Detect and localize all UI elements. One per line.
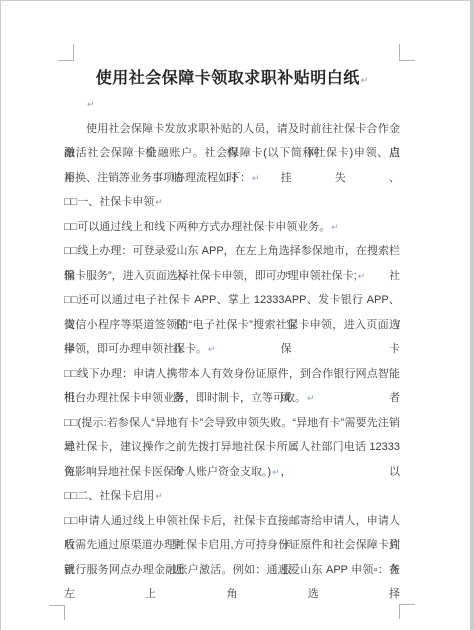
- paragraph-line: □□线下办理：申请人携带本人有效身份证原件，到合作银行网点智能机器或者: [64, 362, 400, 387]
- document-page: 使用社会保障卡领取求职补贴明白纸↵ ↵使用社会保障卡发放求职补贴的人员，请及时前…: [1, 1, 470, 630]
- page-title: 使用社会保障卡领取求职补贴明白纸↵: [64, 67, 400, 92]
- paragraph-mark: ↵: [252, 173, 260, 183]
- paragraph-line-text: 银行服务网点办理金融账户激活。例如：通过爱山东 APP 申领▫：在左上角选择: [64, 564, 400, 601]
- paragraph-line-text: 补换、注销等业务事项办理流程如下：: [64, 172, 251, 184]
- paragraph-line-text: □□可以通过线上和线下两种方式办理社保卡申领业务。: [64, 221, 330, 233]
- paragraph-line: 保卡服务”，进入页面选择社保卡申领，即可办理申领社保卡;↵: [64, 264, 400, 289]
- paragraph-mark: ↵: [208, 344, 216, 354]
- paragraph-line: □□(提示:若参保人“异地有卡”会导致申领失败。“异地有卡”需要先注销异: [64, 411, 400, 436]
- paragraph-line: 银行服务网点办理金融账户激活。例如：通过爱山东 APP 申领▫：在左上角选择: [64, 558, 400, 583]
- margin-crop-mark-bottom-right: [399, 604, 415, 619]
- paragraph-mark: ↵: [155, 197, 163, 207]
- margin-crop-mark-top-right: [399, 44, 415, 61]
- paragraph-line-text: 免影响异地社保卡医保个人账户资金支取。): [64, 466, 271, 478]
- paragraph-line: □□一、社保卡申领↵: [64, 190, 400, 215]
- paragraph-mark: ↵: [358, 271, 366, 281]
- paragraph-list: ↵使用社会保障卡发放求职补贴的人员，请及时前往社保卡合作金融机构网点激活社会保障…: [64, 92, 400, 582]
- margin-crop-mark-bottom-left: [49, 605, 65, 620]
- paragraph-mark: ↵: [272, 467, 280, 477]
- paragraph-line-text: □□二、社保卡启用: [64, 490, 154, 502]
- paragraph-line: ↵: [64, 92, 400, 117]
- page-title-text: 使用社会保障卡领取求职补贴明白纸: [96, 70, 360, 87]
- paragraph-line: 激活社会保障卡金融账户。社会保障卡(以下简称社保卡)申领、启用、临时挂失、: [64, 141, 400, 166]
- paragraph-mark: ↵: [331, 222, 339, 232]
- paragraph-mark: ↵: [155, 491, 163, 501]
- paragraph-line: □□还可以通过电子社保卡 APP、掌上 12333APP、发卡银行 APP、支付…: [64, 288, 400, 313]
- paragraph-line-text: □□一、社保卡申领: [64, 196, 154, 208]
- paragraph-line: 后需先通过原渠道办理社保卡启用,方可持身份证原件和社会保障卡到就近服务: [64, 533, 400, 558]
- paragraph-line: 微信小程序等渠道签领的“电子社保卡”搜索社保卡申领，进入页面选择社保卡: [64, 313, 400, 338]
- paragraph-mark: ↵: [87, 99, 95, 109]
- paragraph-line: □□二、社保卡启用↵: [64, 484, 400, 509]
- paragraph-mark: ↵: [307, 393, 315, 403]
- paragraph-line: □□线上办理：可登录爱山东 APP，在左上角选择参保地市，在搜索栏输入“社: [64, 239, 400, 264]
- paragraph-line-text: 柜台办理社保卡申领业务，即时制卡，立等可取。: [64, 392, 306, 404]
- paragraph-line: □□申请人通过线上申领社保卡后，社保卡直接邮寄给申请人，申请人收到卡片: [64, 509, 400, 534]
- paragraph-line: 使用社会保障卡发放求职补贴的人员，请及时前往社保卡合作金融机构网点: [64, 117, 400, 142]
- paragraph-mark: ↵: [361, 75, 369, 85]
- margin-crop-mark-top-left: [58, 44, 74, 61]
- paragraph-line-text: 申领，即可办理申领社保卡。: [64, 343, 207, 355]
- paragraph-line: □□可以通过线上和线下两种方式办理社保卡申领业务。↵: [64, 215, 400, 240]
- screenshot-root: { "document": { "title": "使用社会保障卡领取求职补贴明…: [0, 0, 474, 630]
- paragraph-line-text: 保卡服务”，进入页面选择社保卡申领，即可办理申领社保卡;: [64, 270, 357, 282]
- paragraph-line: 地社保卡，建议操作之前先拨打异地社保卡所属人社部门电话 12333 咨询，以: [64, 435, 400, 460]
- text-body: 使用社会保障卡领取求职补贴明白纸↵ ↵使用社会保障卡发放求职补贴的人员，请及时前…: [64, 67, 400, 582]
